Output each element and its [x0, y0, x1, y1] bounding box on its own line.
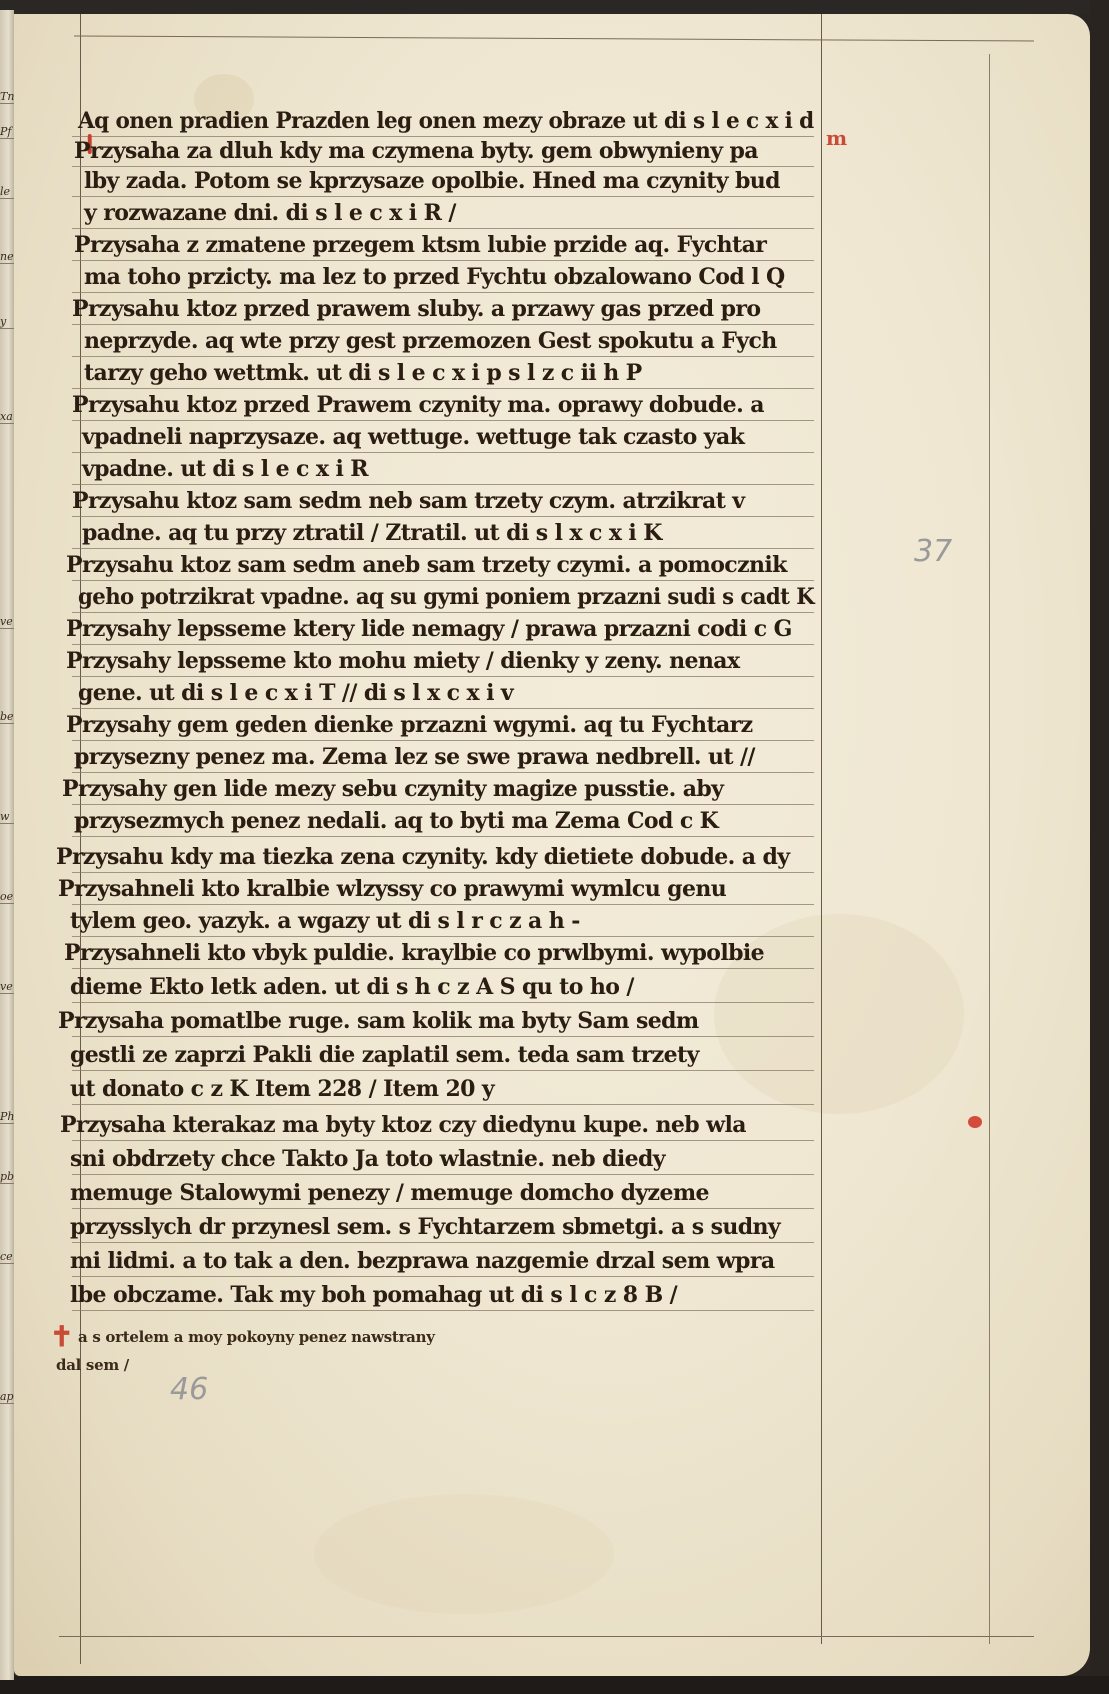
- left-margin-ruling: [80, 14, 81, 1664]
- text-line-1: Aq onen pradien Prazden leg onen mezy ob…: [76, 108, 814, 134]
- text-line-22: Przysahy gen lide mezy sebu czynity magi…: [62, 776, 723, 802]
- text-line-13: Przysahu ktoz sam sedm neb sam trzety cz…: [72, 488, 745, 514]
- text-line-21: przysezny penez ma. Zema lez se swe praw…: [74, 744, 755, 770]
- red-margin-note: m: [826, 126, 847, 150]
- text-ruling: [72, 548, 814, 549]
- top-background-edge: [0, 0, 1109, 14]
- text-ruling: [72, 612, 814, 613]
- text-ruling: [72, 1208, 814, 1209]
- strip-fragment: ne: [0, 250, 14, 264]
- strip-fragment: le: [0, 185, 14, 199]
- text-ruling: [72, 484, 814, 485]
- text-line-6: ma toho przicty. ma lez to przed Fychtu …: [84, 264, 785, 290]
- text-ruling: [72, 580, 814, 581]
- text-line-31: ut donato c z K Item 228 / Item 20 y: [70, 1076, 494, 1102]
- text-line-28: dieme Ekto letk aden. ut di s h c z A S …: [70, 974, 634, 1000]
- strip-fragment: xa: [0, 410, 14, 424]
- text-ruling: [72, 196, 814, 197]
- text-line-26: tylem geo. yazyk. a wgazy ut di s l r c …: [70, 908, 580, 934]
- text-line-8: neprzyde. aq wte przy gest przemozen Ges…: [84, 328, 777, 354]
- text-line-34: memuge Stalowymi penezy / memuge domcho …: [70, 1180, 709, 1206]
- text-ruling: [72, 804, 814, 805]
- text-ruling: [72, 708, 814, 709]
- text-ruling: [72, 968, 814, 969]
- text-line-17: Przysahy lepsseme ktery lide nemagy / pr…: [66, 616, 792, 642]
- text-line-16: geho potrzikrat vpadne. aq su gymi ponie…: [78, 584, 814, 610]
- text-line-3: lby zada. Potom se kprzysaze opolbie. Hn…: [84, 168, 780, 194]
- text-line-18: Przysahy lepsseme kto mohu miety / dienk…: [66, 648, 739, 674]
- text-line-10: Przysahu ktoz przed Prawem czynity ma. o…: [72, 392, 764, 418]
- strip-fragment: w: [0, 810, 14, 824]
- text-ruling: [72, 1310, 814, 1311]
- text-ruling: [72, 740, 814, 741]
- text-ruling: [72, 644, 814, 645]
- text-line-5: Przysaha z zmatene przegem ktsm lubie pr…: [74, 232, 766, 258]
- right-margin-ruling: [821, 14, 822, 1644]
- text-line-14: padne. aq tu przy ztratil / Ztratil. ut …: [82, 520, 662, 546]
- text-ruling: [72, 1242, 814, 1243]
- text-ruling: [72, 1036, 814, 1037]
- outer-margin-ruling: [989, 54, 990, 1644]
- text-ruling: [72, 872, 814, 873]
- text-line-35: przysslych dr przynesl sem. s Fychtarzem…: [70, 1214, 780, 1240]
- text-ruling: [72, 292, 814, 293]
- text-line-24: Przysahu kdy ma tiezka zena czynity. kdy…: [56, 844, 789, 870]
- text-line-32: Przysaha kterakaz ma byty ktoz czy diedy…: [60, 1112, 746, 1138]
- strip-fragment: ve: [0, 615, 14, 629]
- text-ruling: [72, 1140, 814, 1141]
- text-ruling: [72, 904, 814, 905]
- strip-fragment: oe: [0, 890, 14, 904]
- text-line-36: mi lidmi. a to tak a den. bezprawa nazge…: [70, 1248, 774, 1274]
- text-line-27: Przysahneli kto vbyk puldie. kraylbie co…: [64, 940, 764, 966]
- text-line-7: Przysahu ktoz przed prawem sluby. a prza…: [72, 296, 761, 322]
- adjacent-page-strip: Tn Pf le ne y xa ve be w oe ve Pha pb ce…: [0, 10, 14, 1680]
- bottom-background-edge: [0, 1676, 1109, 1694]
- text-ruling: [72, 324, 814, 325]
- added-note-line-2: dal sem /: [56, 1356, 129, 1374]
- text-ruling: [72, 676, 814, 677]
- strip-fragment: ve: [0, 980, 14, 994]
- text-line-9: tarzy geho wettmk. ut di s l e c x i p s…: [84, 360, 642, 386]
- text-ruling: [72, 1104, 814, 1105]
- text-ruling: [72, 166, 814, 167]
- text-ruling: [72, 136, 814, 137]
- text-ruling: [72, 260, 814, 261]
- pencil-folio-number-bottom: 46: [170, 1372, 208, 1407]
- bottom-margin-ruling: [59, 1636, 1034, 1637]
- text-line-12: vpadne. ut di s l e c x i R: [82, 456, 368, 482]
- strip-fragment: pb: [0, 1170, 14, 1184]
- parchment-stain: [314, 1494, 614, 1614]
- strip-fragment: y: [0, 315, 14, 329]
- text-ruling: [72, 356, 814, 357]
- strip-fragment: ap: [0, 1390, 14, 1404]
- strip-fragment: Pf: [0, 125, 14, 139]
- text-ruling: [72, 1174, 814, 1175]
- strip-fragment: Tn: [0, 90, 14, 104]
- text-line-11: vpadneli naprzysaze. aq wettuge. wettuge…: [82, 424, 744, 450]
- strip-fragment: be: [0, 710, 14, 724]
- text-ruling: [72, 452, 814, 453]
- red-ink-dot: [968, 1116, 982, 1128]
- text-ruling: [72, 516, 814, 517]
- red-insertion-mark: ✝: [50, 1320, 73, 1353]
- text-ruling: [72, 388, 814, 389]
- text-ruling: [72, 836, 814, 837]
- text-ruling: [72, 936, 814, 937]
- right-background-edge: [1090, 0, 1109, 1694]
- text-line-4: y rozwazane dni. di s l e c x i R /: [84, 200, 456, 226]
- added-note-line-1: a s ortelem a moy pokoyny penez nawstran…: [78, 1328, 435, 1346]
- text-line-30: gestli ze zaprzi Pakli die zaplatil sem.…: [70, 1042, 699, 1068]
- strip-fragment: ce: [0, 1250, 14, 1264]
- text-line-2: Przysaha za dluh kdy ma czymena byty. ge…: [74, 138, 758, 164]
- manuscript-page: Aq onen pradien Prazden leg onen mezy ob…: [14, 14, 1090, 1676]
- text-line-33: sni obdrzety chce Takto Ja toto wlastnie…: [70, 1146, 665, 1172]
- text-ruling: [72, 1002, 814, 1003]
- text-ruling: [72, 1276, 814, 1277]
- text-ruling: [72, 772, 814, 773]
- pencil-folio-number-right: 37: [914, 534, 952, 569]
- text-line-23: przysezmych penez nedali. aq to byti ma …: [74, 808, 718, 834]
- text-ruling: [72, 1070, 814, 1071]
- text-line-25: Przysahneli kto kralbie wlzyssy co prawy…: [58, 876, 726, 902]
- text-line-15: Przysahu ktoz sam sedm aneb sam trzety c…: [66, 552, 787, 578]
- text-line-19: gene. ut di s l e c x i T // di s l x c …: [78, 680, 513, 706]
- text-line-20: Przysahy gem geden dienke przazni wgymi.…: [66, 712, 753, 738]
- text-ruling: [72, 420, 814, 421]
- top-margin-ruling: [74, 35, 1034, 41]
- text-line-37: lbe obczame. Tak my boh pomahag ut di s …: [70, 1282, 677, 1308]
- text-ruling: [72, 228, 814, 229]
- strip-fragment: Pha: [0, 1110, 14, 1124]
- text-line-29: Przysaha pomatlbe ruge. sam kolik ma byt…: [58, 1008, 699, 1034]
